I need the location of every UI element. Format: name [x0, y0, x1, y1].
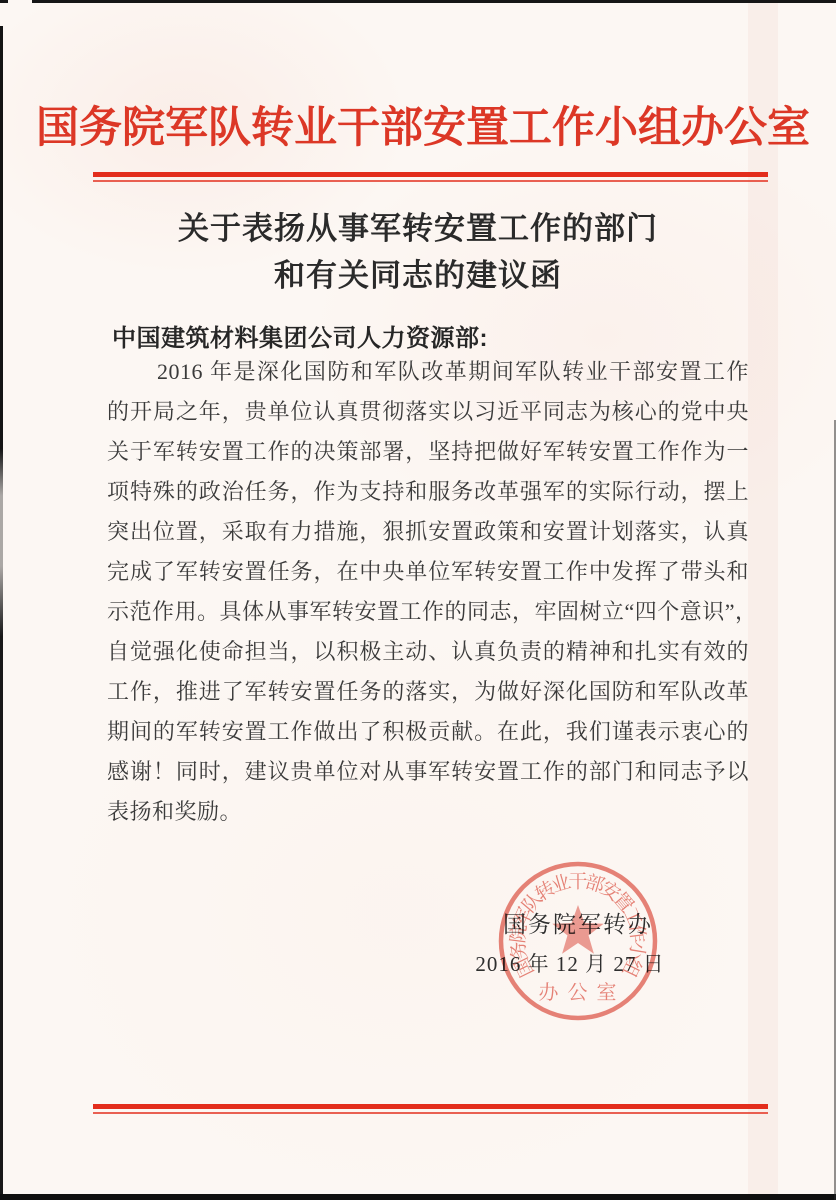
- body-line: 表扬和奖励。: [107, 792, 749, 832]
- scan-edge-top: [0, 0, 836, 3]
- body-line: 的开局之年，贵单位认真贯彻落实以习近平同志为核心的党中央: [107, 392, 749, 432]
- body-line: 示范作用。具体从事军转安置工作的同志，牢固树立“四个意识”，: [107, 592, 749, 632]
- body-line: 感谢！同时，建议贵单位对从事军转安置工作的部门和同志予以: [107, 752, 749, 792]
- footer-rule-thin: [93, 1112, 768, 1114]
- body-line: 期间的军转安置工作做出了积极贡献。在此，我们谨表示衷心的: [107, 712, 749, 752]
- scan-edge-bottom: [0, 1194, 836, 1200]
- seal-office-text: 办公室: [539, 981, 626, 1004]
- scan-edge-left: [0, 26, 3, 1200]
- footer-rule: [93, 1104, 768, 1114]
- body-line: 关于军转安置工作的决策部署，坚持把做好军转安置工作作为一: [107, 432, 749, 472]
- body-line: 工作，推进了军转安置任务的落实，为做好深化国防和军队改革: [107, 672, 749, 712]
- body-line: 项特殊的政治任务，作为支持和服务改革强军的实际行动，摆上: [107, 472, 749, 512]
- star-icon: [552, 905, 603, 954]
- scanned-document-page: 国务院军队转业干部安置工作小组办公室 关于表扬从事军转安置工作的部门 和有关同志…: [0, 0, 836, 1200]
- letterhead: 国务院军队转业干部安置工作小组办公室: [10, 98, 836, 160]
- body-line: 完成了军转安置任务，在中央单位军转安置工作中发挥了带头和: [107, 552, 749, 592]
- body-line: 自觉强化使命担当，以积极主动、认真负责的精神和扎实有效的: [107, 632, 749, 672]
- document-title: 关于表扬从事军转安置工作的部门 和有关同志的建议函: [0, 205, 836, 299]
- body-paragraph: 2016 年是深化国防和军队改革期间军队转业干部安置工作 的开局之年，贵单位认真…: [107, 352, 749, 832]
- title-line-1: 关于表扬从事军转安置工作的部门: [0, 205, 836, 252]
- footer-rule-thick: [93, 1104, 768, 1109]
- official-seal: 国务院军队转业干部安置工作小组 办公室: [494, 857, 662, 1025]
- body-line: 突出位置，采取有力措施，狠抓安置政策和安置计划落实，认真: [107, 512, 749, 552]
- body-line: 2016 年是深化国防和军队改革期间军队转业干部安置工作: [107, 352, 749, 392]
- header-rule: [93, 172, 768, 182]
- title-line-2: 和有关同志的建议函: [0, 252, 836, 299]
- header-rule-thin: [93, 180, 768, 182]
- scan-edge-top-notch: [8, 0, 32, 3]
- salutation: 中国建筑材料集团公司人力资源部:: [112, 318, 488, 353]
- header-rule-thick: [93, 172, 768, 177]
